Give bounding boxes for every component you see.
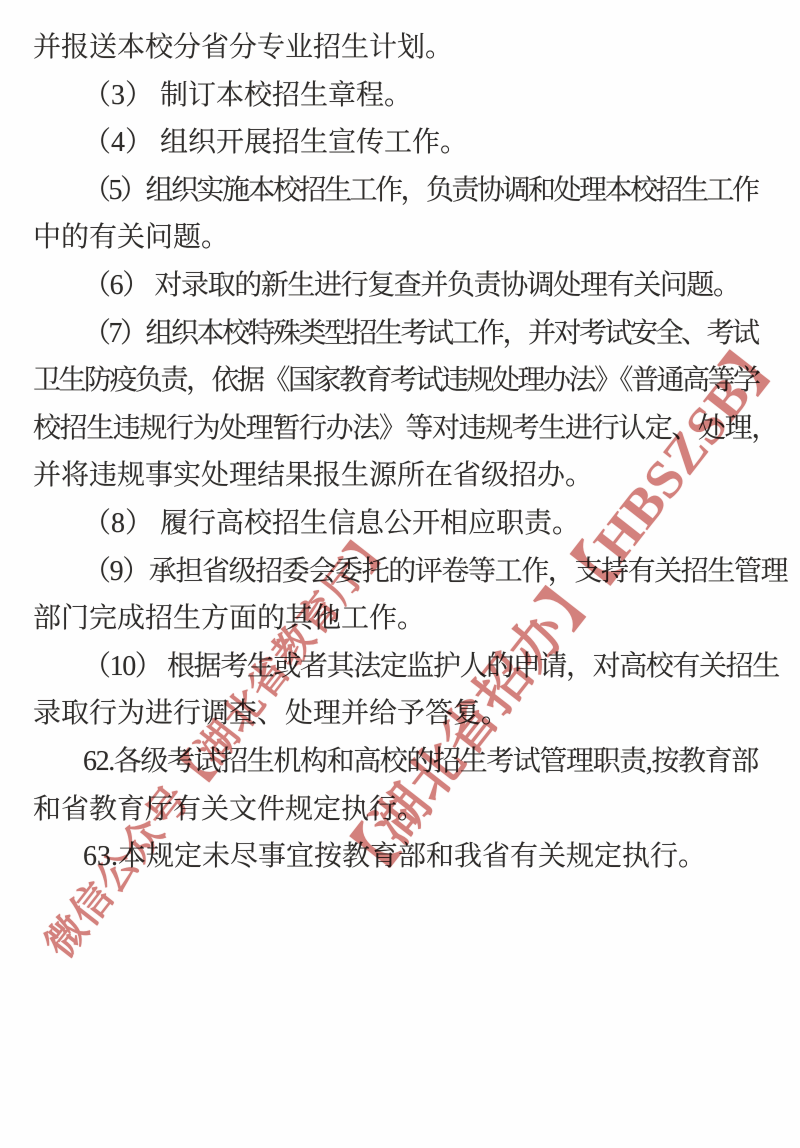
text-line: 中的有关问题。 [33, 214, 770, 262]
document-body: 并报送本校分省分专业招生计划。 （3） 制订本校招生章程。 （4） 组织开展招生… [33, 24, 770, 881]
text-line: 并报送本校分省分专业招生计划。 [33, 24, 770, 72]
text-line: 校招生违规行为处理暂行办法》等对违规考生进行认定、处理， [33, 405, 770, 453]
text-line: 63.本规定未尽事宜按教育部和我省有关规定执行。 [33, 833, 770, 881]
text-line: （3） 制订本校招生章程。 [33, 72, 770, 120]
text-line: 并将违规事实处理结果报生源所在省级招办。 [33, 452, 770, 500]
document-page: 并报送本校分省分专业招生计划。 （3） 制订本校招生章程。 （4） 组织开展招生… [0, 0, 800, 1148]
text-line: （9）承担省级招委会委托的评卷等工作，支持有关招生管理 [33, 548, 770, 596]
text-line: （8） 履行高校招生信息公开相应职责。 [33, 500, 770, 548]
text-line: 和省教育厅有关文件规定执行。 [33, 786, 770, 834]
text-line: （4） 组织开展招生宣传工作。 [33, 119, 770, 167]
text-line: （7）组织本校特殊类型招生考试工作，并对考试安全、考试 [33, 310, 770, 358]
text-line: 卫生防疫负责，依据《国家教育考试违规处理办法》《普通高等学 [33, 357, 770, 405]
text-line: （5）组织实施本校招生工作，负责协调和处理本校招生工作 [33, 167, 770, 215]
text-line: 62.各级考试招生机构和高校的招生考试管理职责,按教育部 [33, 738, 770, 786]
text-line: （10） 根据考生或者其法定监护人的申请，对高校有关招生 [33, 643, 770, 691]
text-line: 部门完成招生方面的其他工作。 [33, 595, 770, 643]
text-line: （6） 对录取的新生进行复查并负责协调处理有关问题。 [33, 262, 770, 310]
text-line: 录取行为进行调查、处理并给予答复。 [33, 690, 770, 738]
